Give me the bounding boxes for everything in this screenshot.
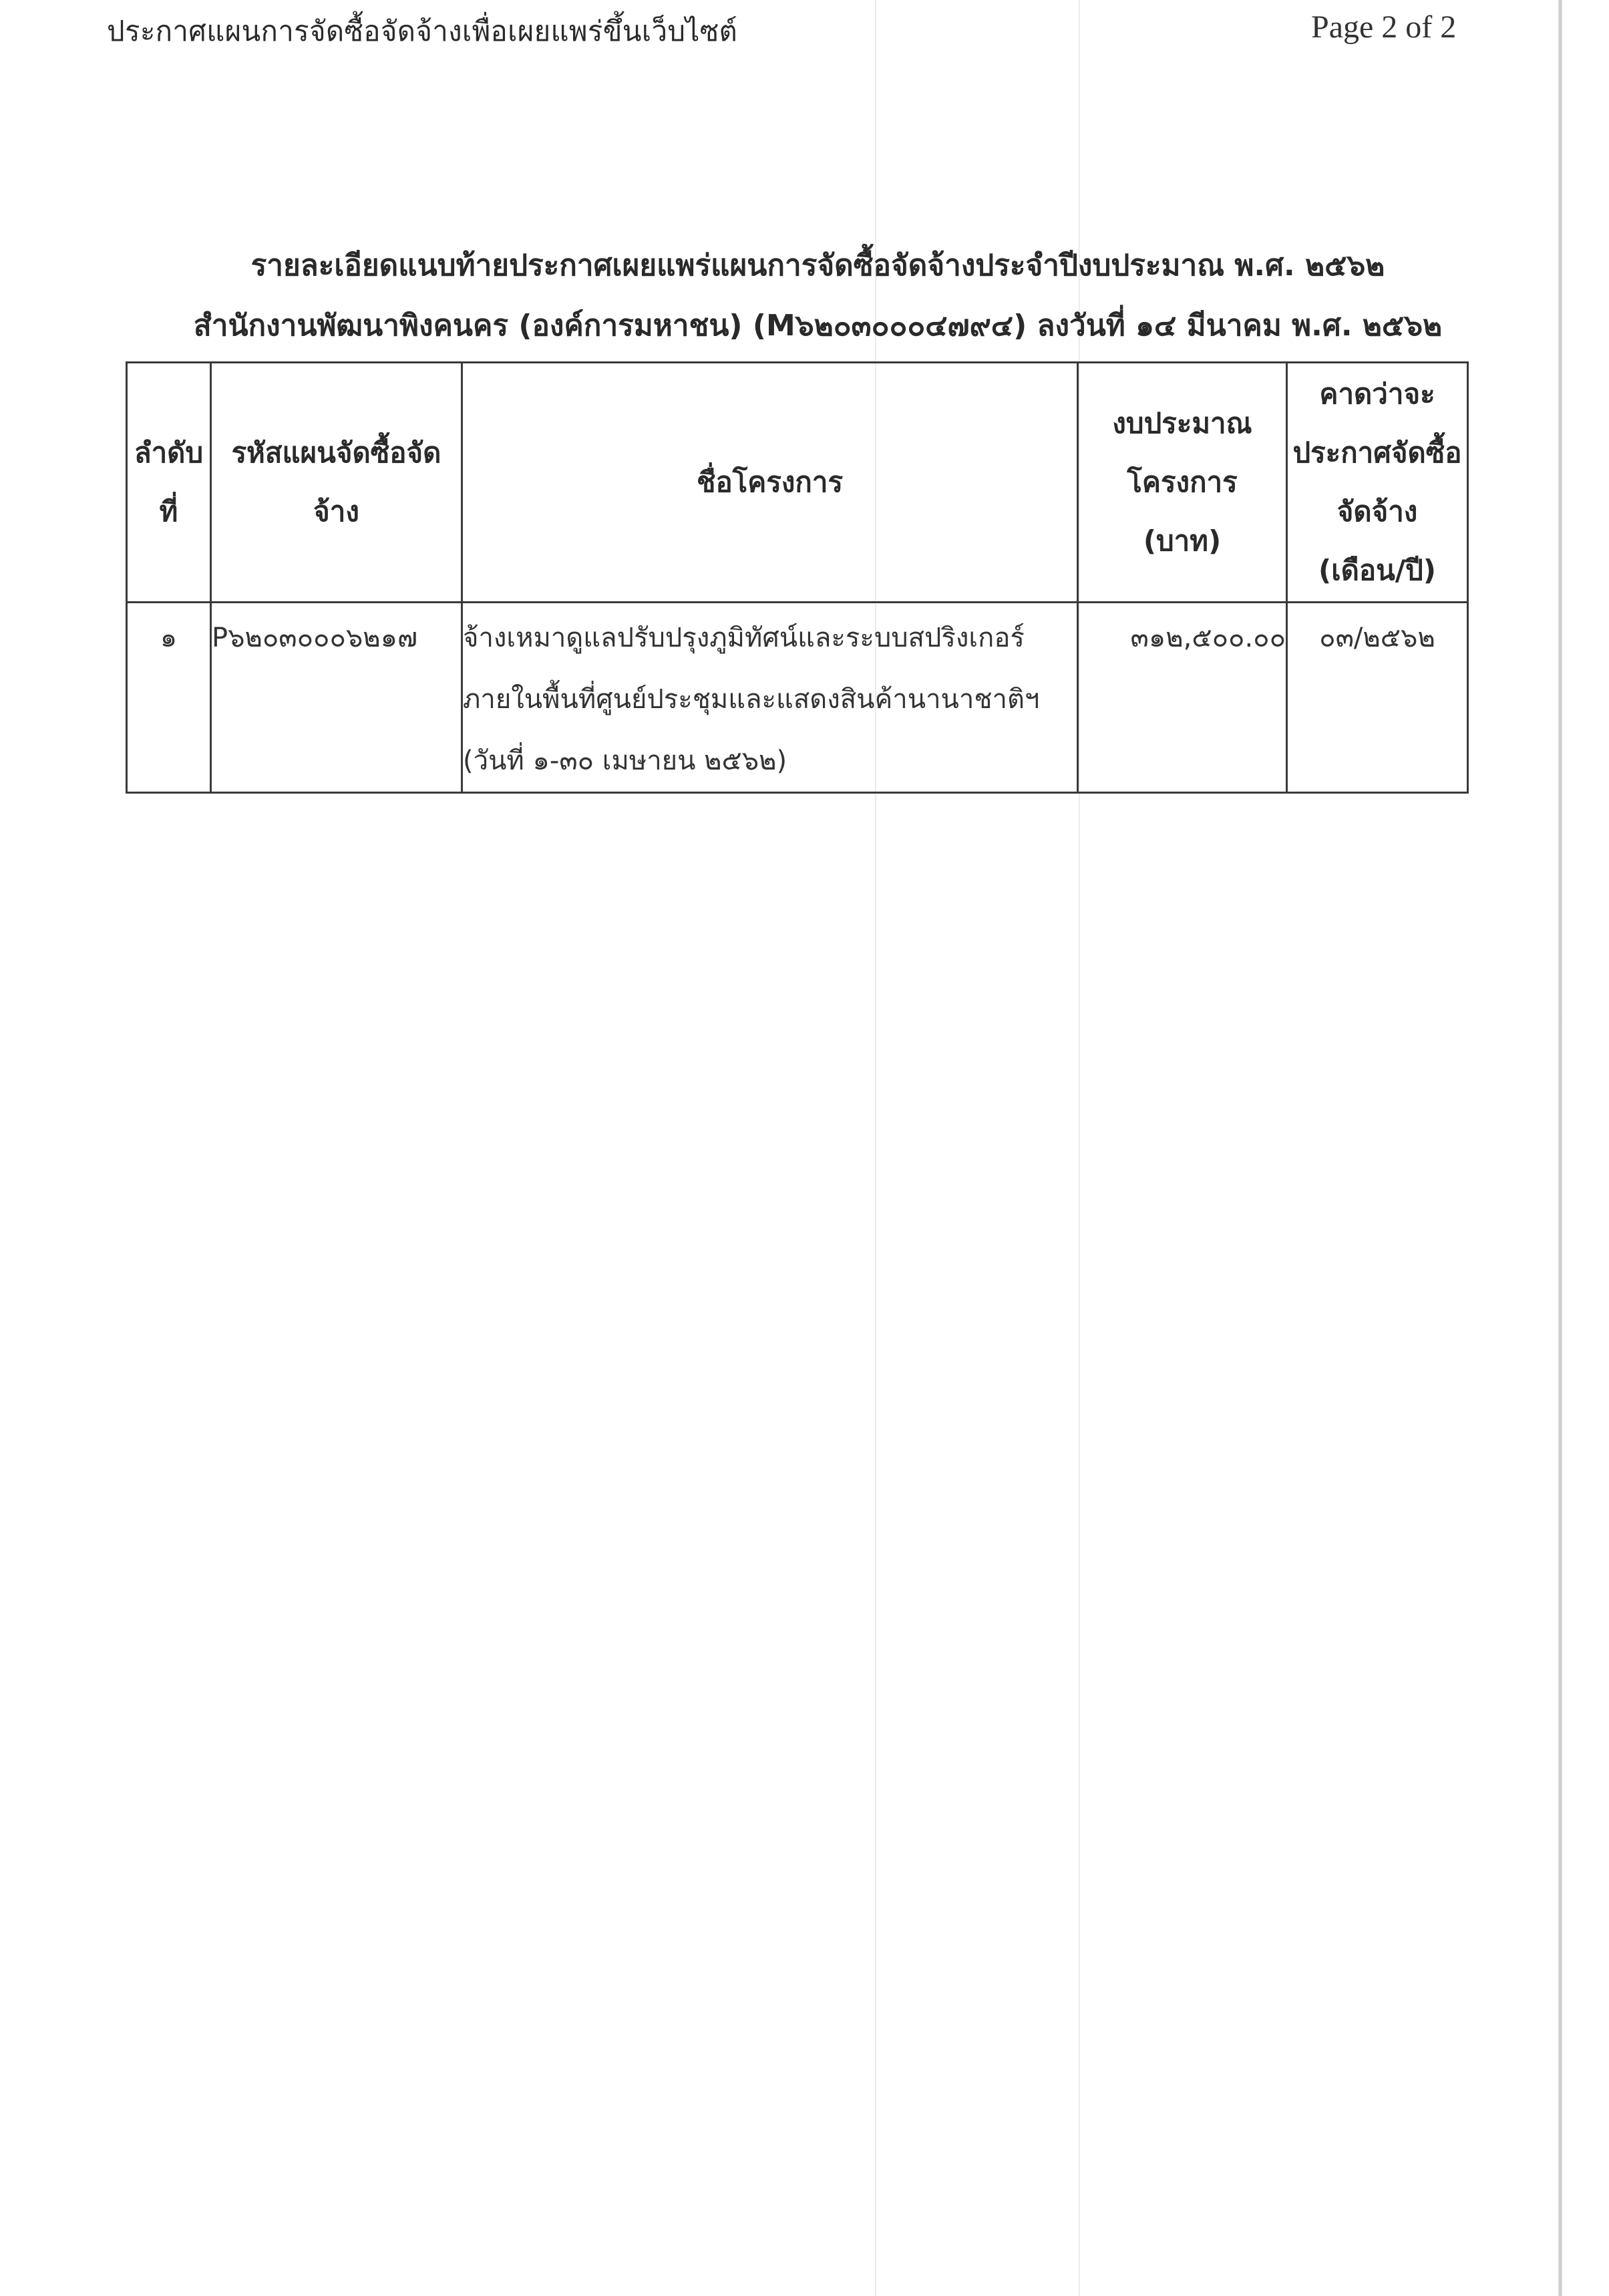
cell-project-budget: ๓๑๒,๕๐๐.๐๐ [1078, 603, 1287, 793]
document-subtitle: สำนักงานพัฒนาพิงคนคร (องค์การมหาชน) (M๖๒… [0, 305, 1609, 347]
cell-expected-announcement: ๐๓/๒๕๖๒ [1287, 603, 1468, 793]
table-row: ๑ P๖๒๐๓๐๐๐๖๒๑๗ จ้างเหมาดูแลปรับปรุงภูมิท… [127, 603, 1468, 793]
header-project-budget: งบประมาณ โครงการ (บาท) [1078, 363, 1287, 603]
cell-project-name: จ้างเหมาดูแลปรับปรุงภูมิทัศน์และระบบสปริ… [462, 603, 1078, 793]
announcement-header-title: ประกาศแผนการจัดซื้อจัดจ้างเพื่อเผยแพร่ขึ… [107, 8, 737, 55]
procurement-plan-table: ลำดับ ที่ รหัสแผนจัดซื้อจัด จ้าง ชื่อโคร… [126, 361, 1469, 794]
header-expected-announcement: คาดว่าจะ ประกาศจัดซื้อ จัดจ้าง (เดือน/ปี… [1287, 363, 1468, 603]
page-indicator: Page 2 of 2 [1311, 4, 1456, 51]
header-project-name: ชื่อโครงการ [462, 363, 1078, 603]
table-header-row: ลำดับ ที่ รหัสแผนจัดซื้อจัด จ้าง ชื่อโคร… [127, 363, 1468, 603]
cell-sequence-no: ๑ [127, 603, 211, 793]
cell-plan-code: P๖๒๐๓๐๐๐๖๒๑๗ [211, 603, 462, 793]
document-title: รายละเอียดแนบท้ายประกาศเผยแพร่แผนการจัดซ… [0, 244, 1609, 287]
header-sequence-no: ลำดับ ที่ [127, 363, 211, 603]
header-plan-code: รหัสแผนจัดซื้อจัด จ้าง [211, 363, 462, 603]
